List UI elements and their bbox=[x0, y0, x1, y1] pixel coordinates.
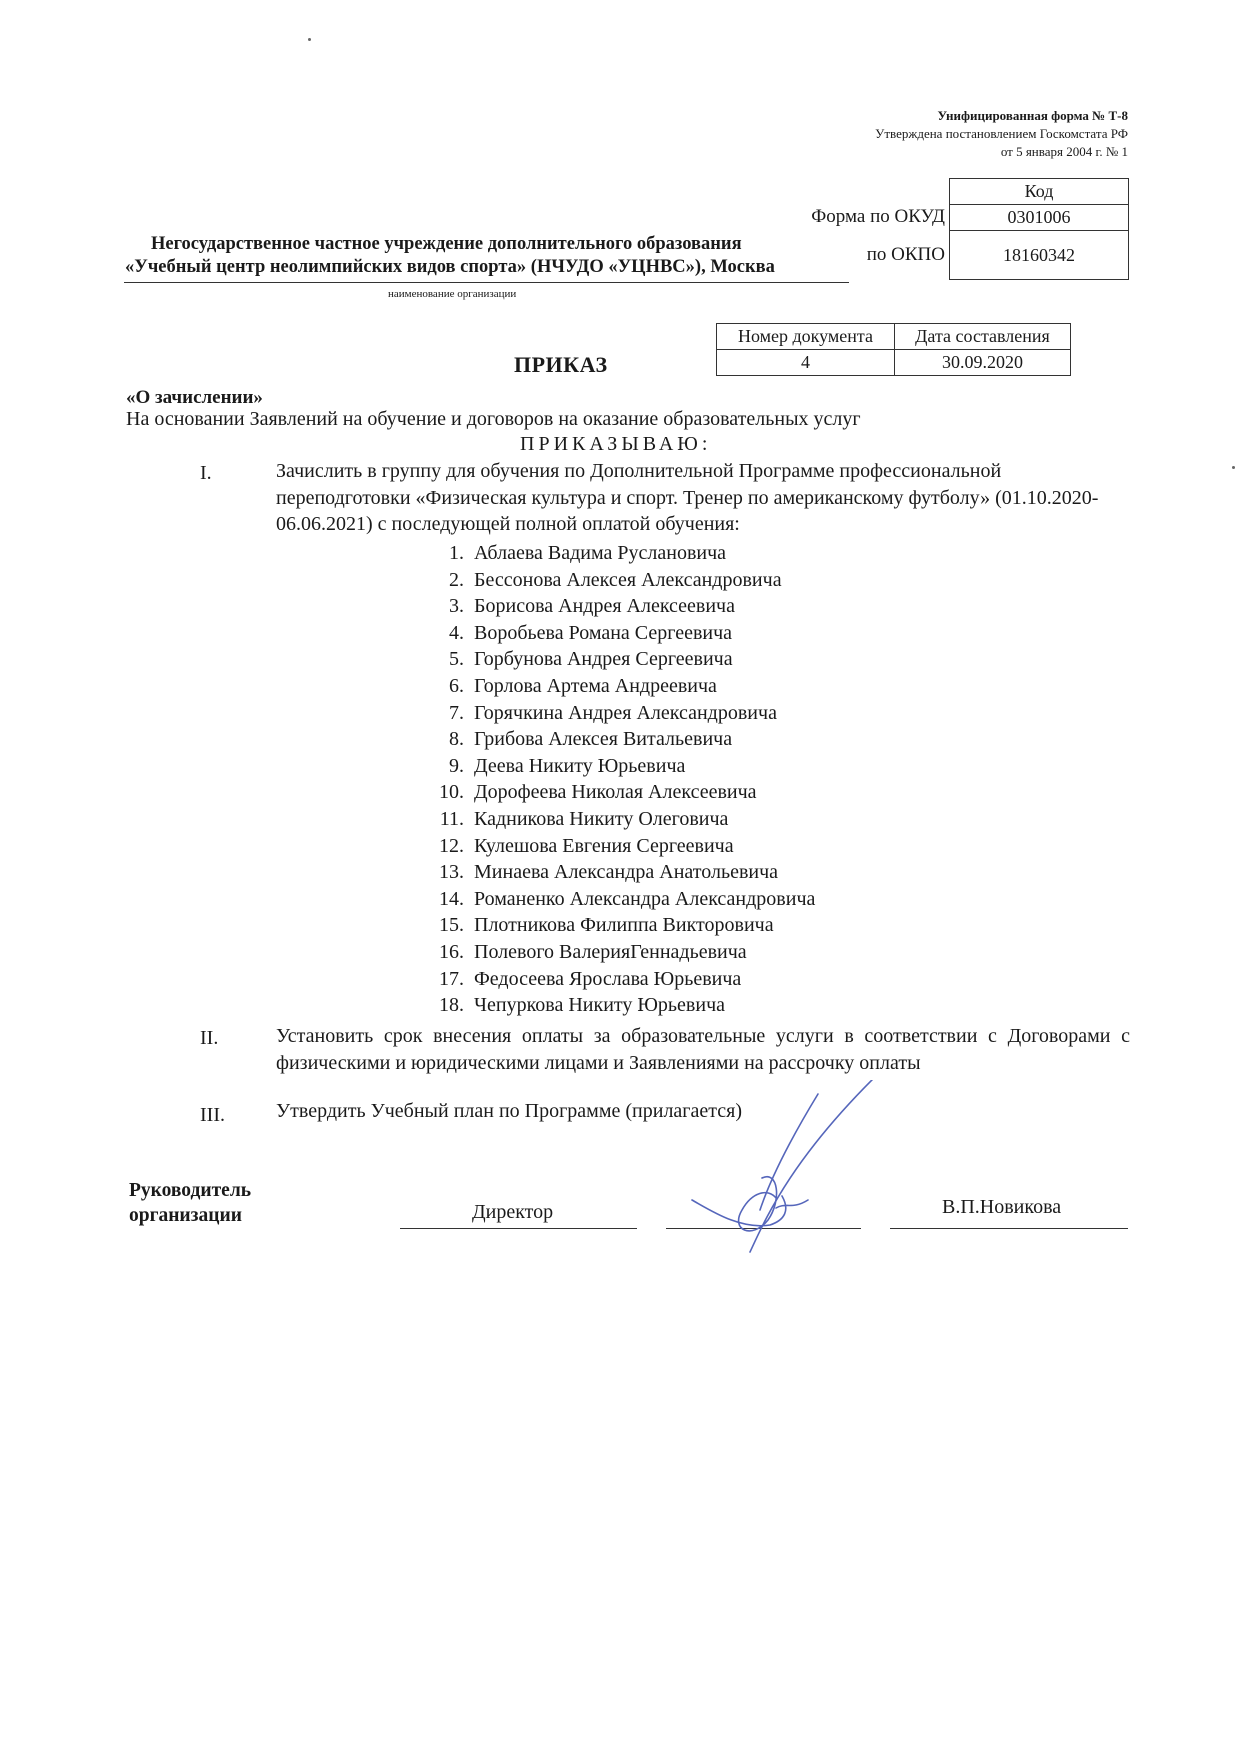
student-name: Аблаева Вадима Руслановича bbox=[474, 540, 726, 567]
codes-header: Код bbox=[950, 179, 1129, 205]
student-number: 16. bbox=[420, 939, 474, 966]
item-numeral: I. bbox=[200, 462, 212, 485]
okud-value: 0301006 bbox=[950, 205, 1129, 231]
order-basis: На основании Заявлений на обучение и дог… bbox=[126, 408, 861, 431]
okud-label: Форма по ОКУД bbox=[811, 206, 945, 228]
student-number: 14. bbox=[420, 886, 474, 913]
student-name: Полевого ВалерияГеннадьевича bbox=[474, 939, 747, 966]
student-number: 1. bbox=[420, 540, 474, 567]
doc-number-value: 4 bbox=[717, 350, 895, 376]
student-number: 9. bbox=[420, 753, 474, 780]
student-list-item: 1.Аблаева Вадима Руслановича bbox=[420, 540, 815, 567]
student-list-item: 16.Полевого ВалерияГеннадьевича bbox=[420, 939, 815, 966]
okpo-label: по ОКПО bbox=[867, 244, 945, 266]
student-number: 15. bbox=[420, 912, 474, 939]
item-text: Зачислить в группу для обучения по Допол… bbox=[276, 458, 1116, 538]
signer-position: Директор bbox=[472, 1201, 553, 1224]
doc-number-header: Номер документа bbox=[717, 324, 895, 350]
scan-speck bbox=[1232, 466, 1235, 469]
student-number: 6. bbox=[420, 673, 474, 700]
student-list-item: 14.Романенко Александра Александровича bbox=[420, 886, 815, 913]
student-name: Плотникова Филиппа Викторовича bbox=[474, 912, 774, 939]
name-line bbox=[890, 1228, 1128, 1229]
organization-name-line1: Негосударственное частное учреждение доп… bbox=[151, 234, 742, 255]
student-list-item: 3.Борисова Андрея Алексеевича bbox=[420, 593, 815, 620]
student-name: Кадникова Никиту Олеговича bbox=[474, 806, 728, 833]
student-list-item: 7.Горячкина Андрея Александровича bbox=[420, 700, 815, 727]
position-line bbox=[400, 1228, 637, 1229]
document-number-table: Номер документа Дата составления 4 30.09… bbox=[716, 323, 1071, 376]
student-list: 1.Аблаева Вадима Руслановича2.Бессонова … bbox=[420, 540, 815, 1019]
student-name: Чепуркова Никиту Юрьевича bbox=[474, 992, 725, 1019]
item-text: Утвердить Учебный план по Программе (при… bbox=[276, 1100, 742, 1123]
document-title: ПРИКАЗ bbox=[514, 352, 608, 378]
student-list-item: 6.Горлова Артема Андреевича bbox=[420, 673, 815, 700]
student-list-item: 9.Деева Никиту Юрьевича bbox=[420, 753, 815, 780]
student-number: 7. bbox=[420, 700, 474, 727]
student-list-item: 2.Бессонова Алексея Александровича bbox=[420, 567, 815, 594]
student-number: 4. bbox=[420, 620, 474, 647]
form-approval-note: Утверждена постановлением Госкомстата РФ bbox=[875, 126, 1128, 142]
student-name: Бессонова Алексея Александровича bbox=[474, 567, 782, 594]
scan-speck bbox=[308, 38, 311, 41]
student-list-item: 4.Воробьева Романа Сергеевича bbox=[420, 620, 815, 647]
student-number: 10. bbox=[420, 779, 474, 806]
student-name: Горбунова Андрея Сергеевича bbox=[474, 646, 733, 673]
student-name: Дорофеева Николая Алексеевича bbox=[474, 779, 757, 806]
student-name: Романенко Александра Александровича bbox=[474, 886, 815, 913]
head-label-line1: Руководитель bbox=[129, 1180, 251, 1202]
head-label-line2: организации bbox=[129, 1205, 242, 1227]
item-numeral: II. bbox=[200, 1027, 218, 1050]
student-number: 5. bbox=[420, 646, 474, 673]
student-list-item: 10.Дорофеева Николая Алексеевича bbox=[420, 779, 815, 806]
student-name: Кулешова Евгения Сергеевича bbox=[474, 833, 734, 860]
student-number: 8. bbox=[420, 726, 474, 753]
codes-table: Код 0301006 18160342 bbox=[949, 178, 1129, 280]
handwritten-signature-icon bbox=[690, 1080, 890, 1270]
student-number: 17. bbox=[420, 966, 474, 993]
student-number: 12. bbox=[420, 833, 474, 860]
student-name: Горячкина Андрея Александровича bbox=[474, 700, 777, 727]
form-approval-date: от 5 января 2004 г. № 1 bbox=[1001, 144, 1128, 160]
student-name: Минаева Александра Анатольевича bbox=[474, 859, 778, 886]
organization-caption: наименование организации bbox=[388, 288, 516, 300]
order-subject: «О зачислении» bbox=[126, 387, 263, 409]
student-number: 13. bbox=[420, 859, 474, 886]
student-number: 3. bbox=[420, 593, 474, 620]
okpo-value: 18160342 bbox=[950, 231, 1129, 280]
student-name: Горлова Артема Андреевича bbox=[474, 673, 717, 700]
student-list-item: 11.Кадникова Никиту Олеговича bbox=[420, 806, 815, 833]
student-number: 18. bbox=[420, 992, 474, 1019]
doc-date-header: Дата составления bbox=[895, 324, 1071, 350]
student-name: Федосеева Ярослава Юрьевича bbox=[474, 966, 741, 993]
organization-underline bbox=[124, 282, 849, 283]
order-word: ПРИКАЗЫВАЮ: bbox=[520, 433, 711, 456]
doc-date-value: 30.09.2020 bbox=[895, 350, 1071, 376]
student-list-item: 18.Чепуркова Никиту Юрьевича bbox=[420, 992, 815, 1019]
student-number: 11. bbox=[420, 806, 474, 833]
form-title: Унифицированная форма № Т-8 bbox=[938, 108, 1128, 124]
organization-name-line2: «Учебный центр неолимпийских видов спорт… bbox=[125, 257, 775, 278]
student-name: Грибова Алексея Витальевича bbox=[474, 726, 732, 753]
student-list-item: 15.Плотникова Филиппа Викторовича bbox=[420, 912, 815, 939]
item-text: Установить срок внесения оплаты за образ… bbox=[276, 1023, 1130, 1077]
student-name: Воробьева Романа Сергеевича bbox=[474, 620, 732, 647]
student-list-item: 8.Грибова Алексея Витальевича bbox=[420, 726, 815, 753]
signer-name: В.П.Новикова bbox=[942, 1196, 1061, 1219]
student-number: 2. bbox=[420, 567, 474, 594]
student-name: Борисова Андрея Алексеевича bbox=[474, 593, 735, 620]
student-list-item: 12.Кулешова Евгения Сергеевича bbox=[420, 833, 815, 860]
student-list-item: 17.Федосеева Ярослава Юрьевича bbox=[420, 966, 815, 993]
student-name: Деева Никиту Юрьевича bbox=[474, 753, 685, 780]
student-list-item: 13.Минаева Александра Анатольевича bbox=[420, 859, 815, 886]
student-list-item: 5.Горбунова Андрея Сергеевича bbox=[420, 646, 815, 673]
item-numeral: III. bbox=[200, 1104, 225, 1127]
